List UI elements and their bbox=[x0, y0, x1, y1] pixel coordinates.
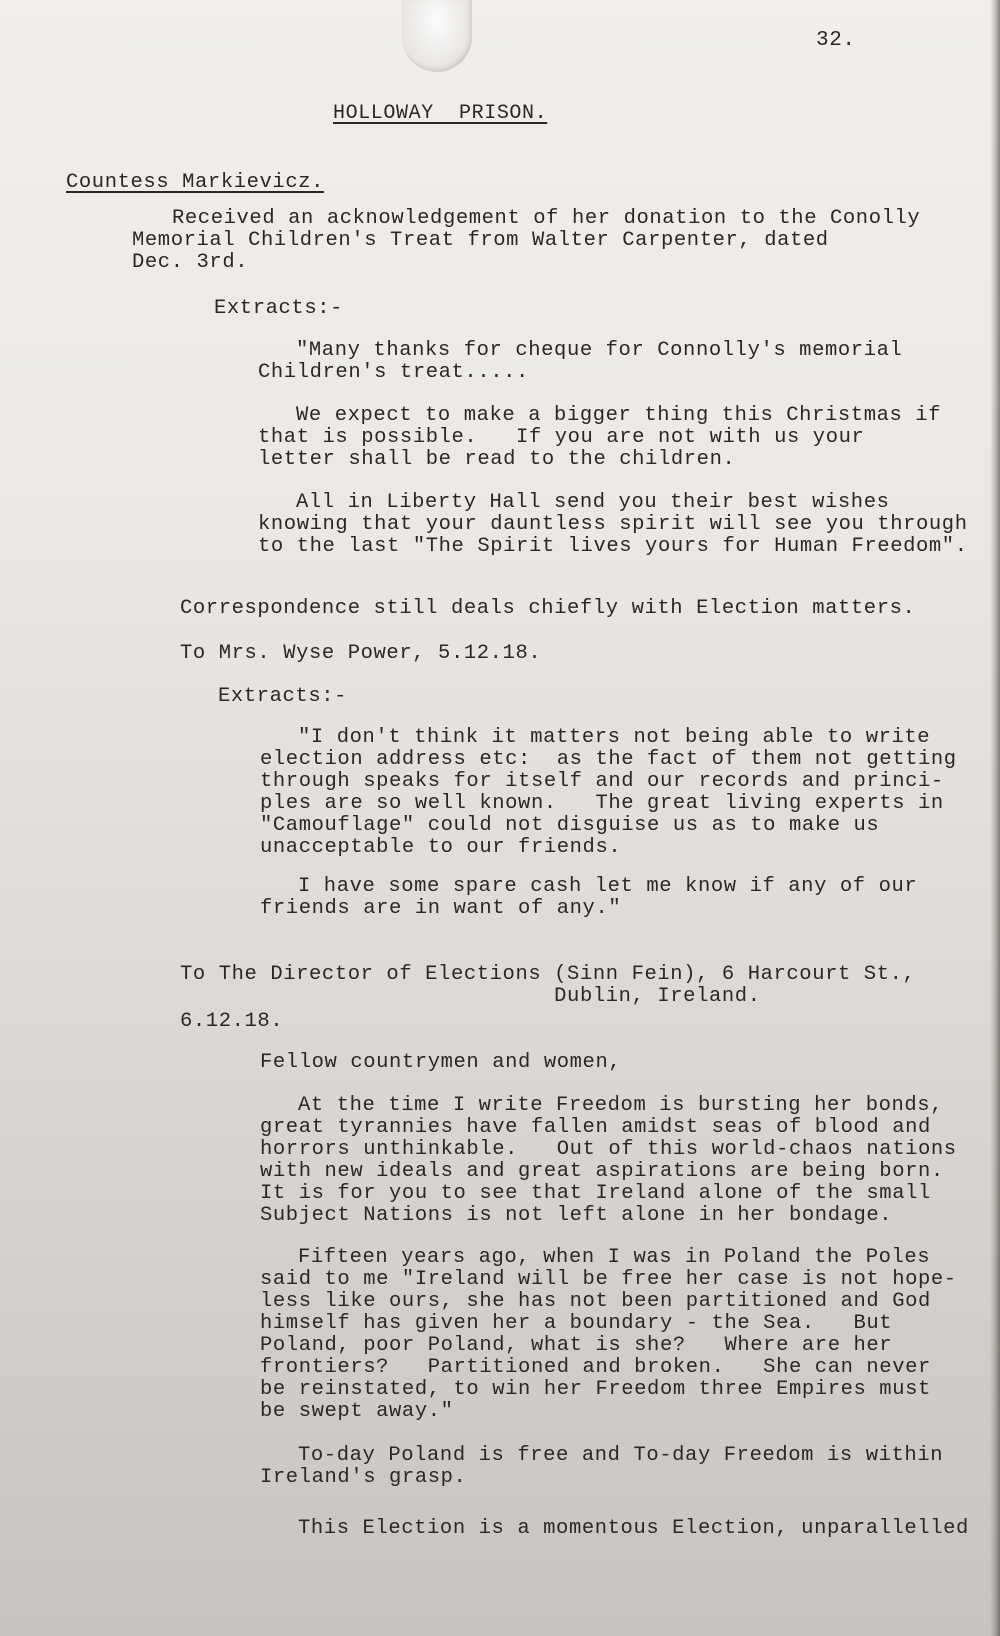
letter-paragraph-line: "Many thanks for cheque for Connolly's m… bbox=[296, 340, 902, 362]
letter-paragraph-line: letter shall be read to the children. bbox=[258, 449, 735, 471]
letter-paragraph-line: Subject Nations is not left alone in her… bbox=[260, 1205, 892, 1227]
letter-paragraph-line: himself has given her a boundary - the S… bbox=[260, 1313, 892, 1335]
page-edge-shadow bbox=[990, 0, 1000, 1636]
letter-paragraph-line: with new ideals and great aspirations ar… bbox=[260, 1161, 944, 1183]
recipient-address-line: To The Director of Elections (Sinn Fein)… bbox=[180, 964, 915, 986]
embossed-seal bbox=[402, 0, 472, 72]
letter-paragraph-line: to the last "The Spirit lives yours for … bbox=[258, 536, 968, 558]
intro-paragraph-line: Received an acknowledgement of her donat… bbox=[172, 208, 920, 230]
recipient-address-line: Dublin, Ireland. bbox=[180, 986, 761, 1008]
letter-paragraph-line: Fifteen years ago, when I was in Poland … bbox=[298, 1247, 930, 1269]
letter-paragraph-line: be reinstated, to win her Freedom three … bbox=[260, 1379, 931, 1401]
letter-paragraph-line: This Election is a momentous Election, u… bbox=[298, 1518, 969, 1540]
extracts-label-line: Extracts:- bbox=[214, 298, 343, 320]
letter-paragraph-line: through speaks for itself and our record… bbox=[260, 771, 944, 793]
letter-paragraph-line: To-day Poland is free and To-day Freedom… bbox=[298, 1445, 943, 1467]
letter-paragraph-line: said to me "Ireland will be free her cas… bbox=[260, 1269, 957, 1291]
extracts-label-line: Extracts:- bbox=[218, 686, 347, 708]
page-number: 32. bbox=[816, 30, 856, 52]
letter-paragraph-line: All in Liberty Hall send you their best … bbox=[296, 492, 890, 514]
letter-paragraph-line: be swept away." bbox=[260, 1401, 454, 1423]
page-title: HOLLOWAY PRISON. bbox=[333, 103, 547, 125]
intro-paragraph-line: Memorial Children's Treat from Walter Ca… bbox=[132, 230, 829, 252]
letter-paragraph-line: We expect to make a bigger thing this Ch… bbox=[296, 405, 941, 427]
letter-paragraph-line: Ireland's grasp. bbox=[260, 1467, 466, 1489]
recipient-line-line: To Mrs. Wyse Power, 5.12.18. bbox=[180, 643, 541, 665]
letter-paragraph-line: I have some spare cash let me know if an… bbox=[298, 876, 917, 898]
letter-paragraph-line: ples are so well known. The great living… bbox=[260, 793, 944, 815]
correspondence-note-line: Correspondence still deals chiefly with … bbox=[180, 598, 915, 620]
letter-paragraph-line: frontiers? Partitioned and broken. She c… bbox=[260, 1357, 931, 1379]
subject-heading: Countess Markievicz. bbox=[66, 172, 324, 194]
letter-paragraph-line: election address etc: as the fact of the… bbox=[260, 749, 957, 771]
letter-paragraph-line: horrors unthinkable. Out of this world-c… bbox=[260, 1139, 957, 1161]
letter-paragraph-line: friends are in want of any." bbox=[260, 898, 621, 920]
letter-paragraph-line: It is for you to see that Ireland alone … bbox=[260, 1183, 931, 1205]
letter-date-line: 6.12.18. bbox=[180, 1011, 283, 1033]
letter-paragraph-line: "I don't think it matters not being able… bbox=[298, 727, 930, 749]
letter-paragraph-line: less like ours, she has not been partiti… bbox=[260, 1291, 931, 1313]
intro-paragraph-line: Dec. 3rd. bbox=[132, 252, 248, 274]
letter-paragraph-line: Poland, poor Poland, what is she? Where … bbox=[260, 1335, 892, 1357]
letter-paragraph-line: At the time I write Freedom is bursting … bbox=[298, 1095, 943, 1117]
salutation-line: Fellow countrymen and women, bbox=[260, 1052, 621, 1074]
letter-paragraph-line: that is possible. If you are not with us… bbox=[258, 427, 864, 449]
letter-paragraph-line: knowing that your dauntless spirit will … bbox=[258, 514, 968, 536]
letter-paragraph-line: "Camouflage" could not disguise us as to… bbox=[260, 815, 879, 837]
letter-paragraph-line: great tyrannies have fallen amidst seas … bbox=[260, 1117, 931, 1139]
letter-paragraph-line: Children's treat..... bbox=[258, 362, 529, 384]
letter-paragraph-line: unacceptable to our friends. bbox=[260, 837, 621, 859]
